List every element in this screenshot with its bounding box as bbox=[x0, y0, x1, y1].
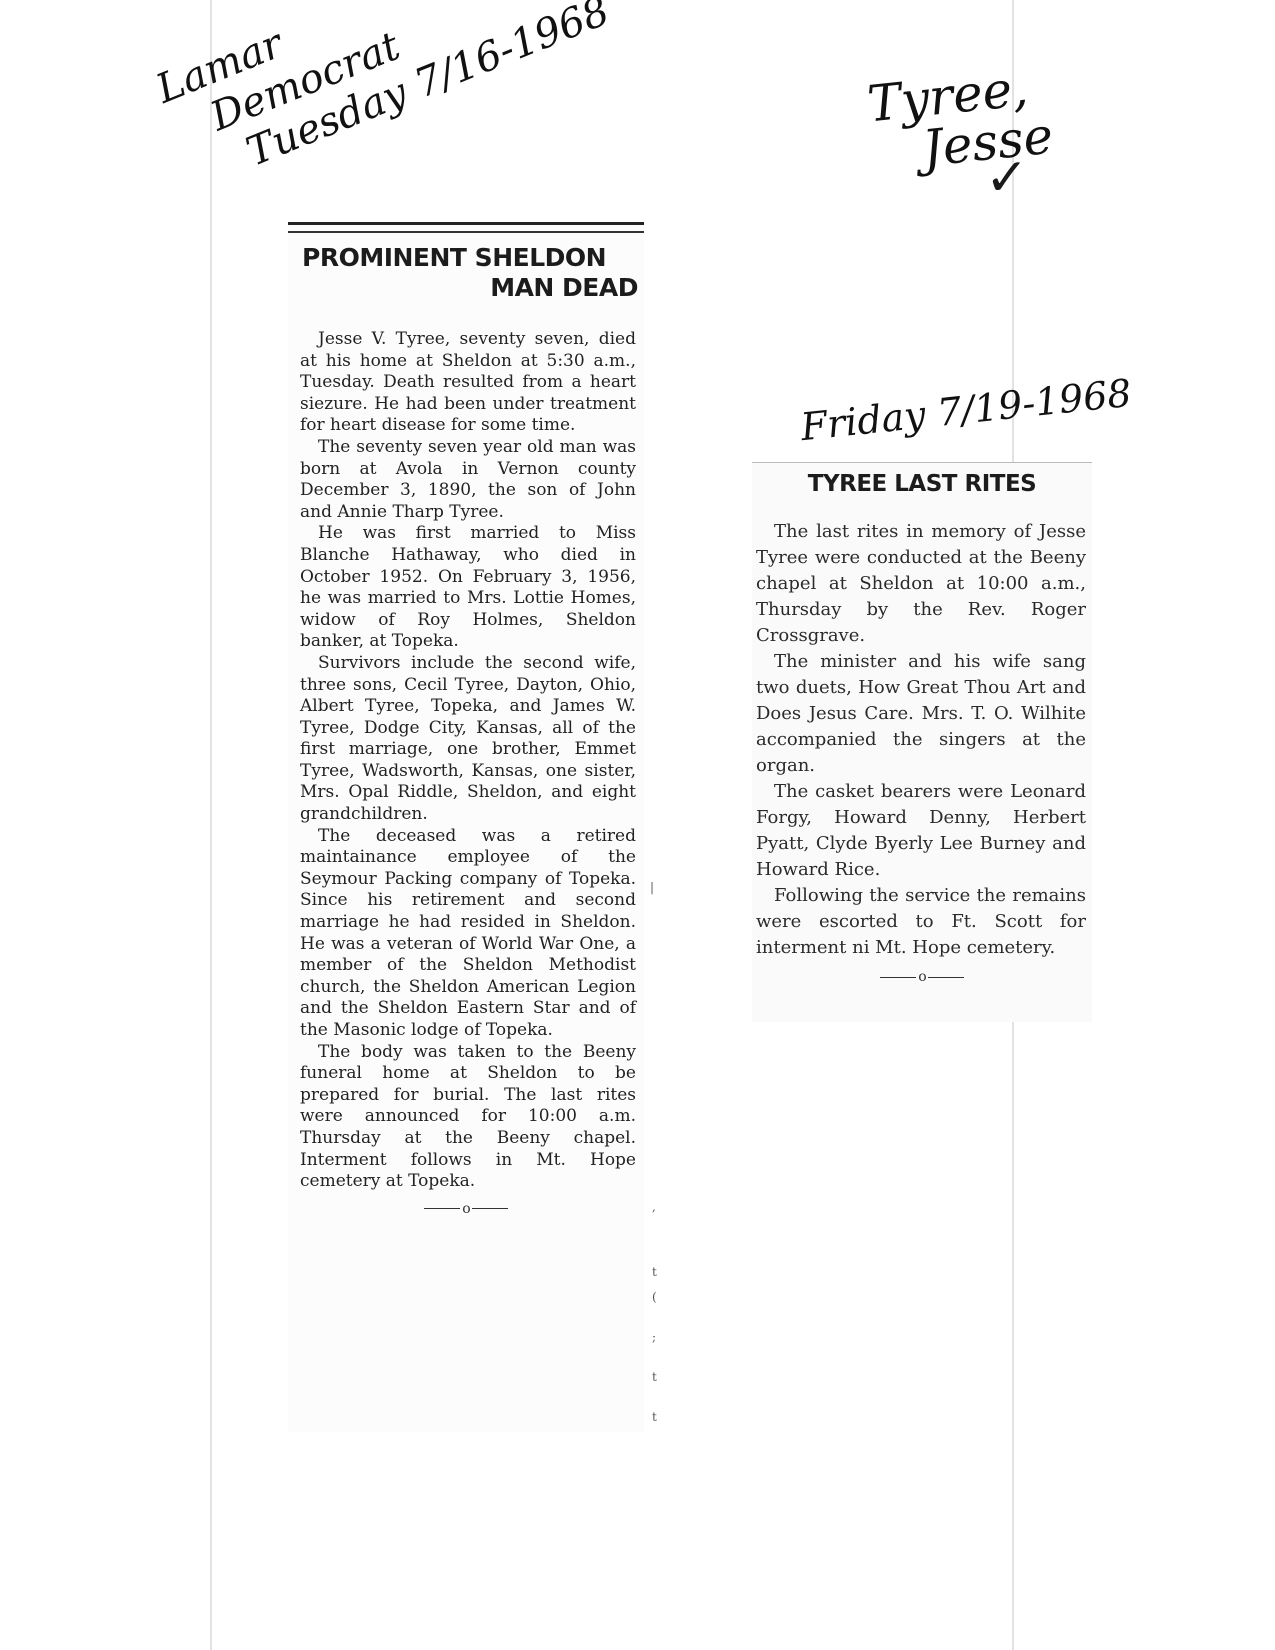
paragraph: The casket bearers were Leonard Forgy, H… bbox=[756, 779, 1086, 883]
obituary-clipping: PROMINENT SHELDON MAN DEAD Jesse V. Tyre… bbox=[288, 222, 644, 1432]
scan-speck: ; bbox=[652, 1330, 656, 1344]
paragraph: Jesse V. Tyree, seventy seven, died at h… bbox=[300, 329, 636, 437]
headline-line: MAN DEAD bbox=[288, 273, 644, 303]
scan-speck: t bbox=[652, 1265, 657, 1279]
paragraph: The deceased was a retired maintainance … bbox=[300, 826, 636, 1042]
paragraph: The minister and his wife sang two duets… bbox=[756, 649, 1086, 779]
paragraph: Following the service the remains were e… bbox=[756, 883, 1086, 961]
last-rites-body: The last rites in memory of Jesse Tyree … bbox=[752, 519, 1092, 961]
paragraph: The seventy seven year old man was born … bbox=[300, 437, 636, 523]
scan-speck: ( bbox=[652, 1290, 657, 1304]
paragraph: Survivors include the second wife, three… bbox=[300, 653, 636, 826]
check-mark-icon: ✓ bbox=[985, 148, 1029, 208]
headline-rule bbox=[288, 222, 644, 233]
last-rites-headline: TYREE LAST RITES bbox=[752, 469, 1092, 499]
paragraph: The last rites in memory of Jesse Tyree … bbox=[756, 519, 1086, 649]
scan-speck: | bbox=[650, 880, 654, 894]
last-rites-clipping: TYREE LAST RITES The last rites in memor… bbox=[752, 462, 1092, 1022]
scan-speck: t bbox=[652, 1410, 657, 1424]
scan-speck: t bbox=[652, 1370, 657, 1384]
obituary-body: Jesse V. Tyree, seventy seven, died at h… bbox=[288, 329, 644, 1193]
paragraph: The body was taken to the Beeny funeral … bbox=[300, 1042, 636, 1193]
handwritten-date-note: Friday 7/19-1968 bbox=[799, 371, 1134, 449]
paragraph: He was first married to Miss Blanche Hat… bbox=[300, 523, 636, 653]
headline-rule bbox=[752, 462, 1092, 463]
handwritten-newspaper-note: Lamar Democrat Tuesday 7/16-1968 bbox=[150, 0, 616, 198]
obituary-headline: PROMINENT SHELDON MAN DEAD bbox=[288, 243, 644, 303]
end-of-article-mark: o bbox=[288, 1201, 644, 1217]
headline-line: PROMINENT SHELDON bbox=[288, 243, 644, 273]
scan-speck: , bbox=[652, 1200, 656, 1214]
scan-fold-line bbox=[210, 0, 212, 1650]
end-of-article-mark: o bbox=[752, 969, 1092, 985]
